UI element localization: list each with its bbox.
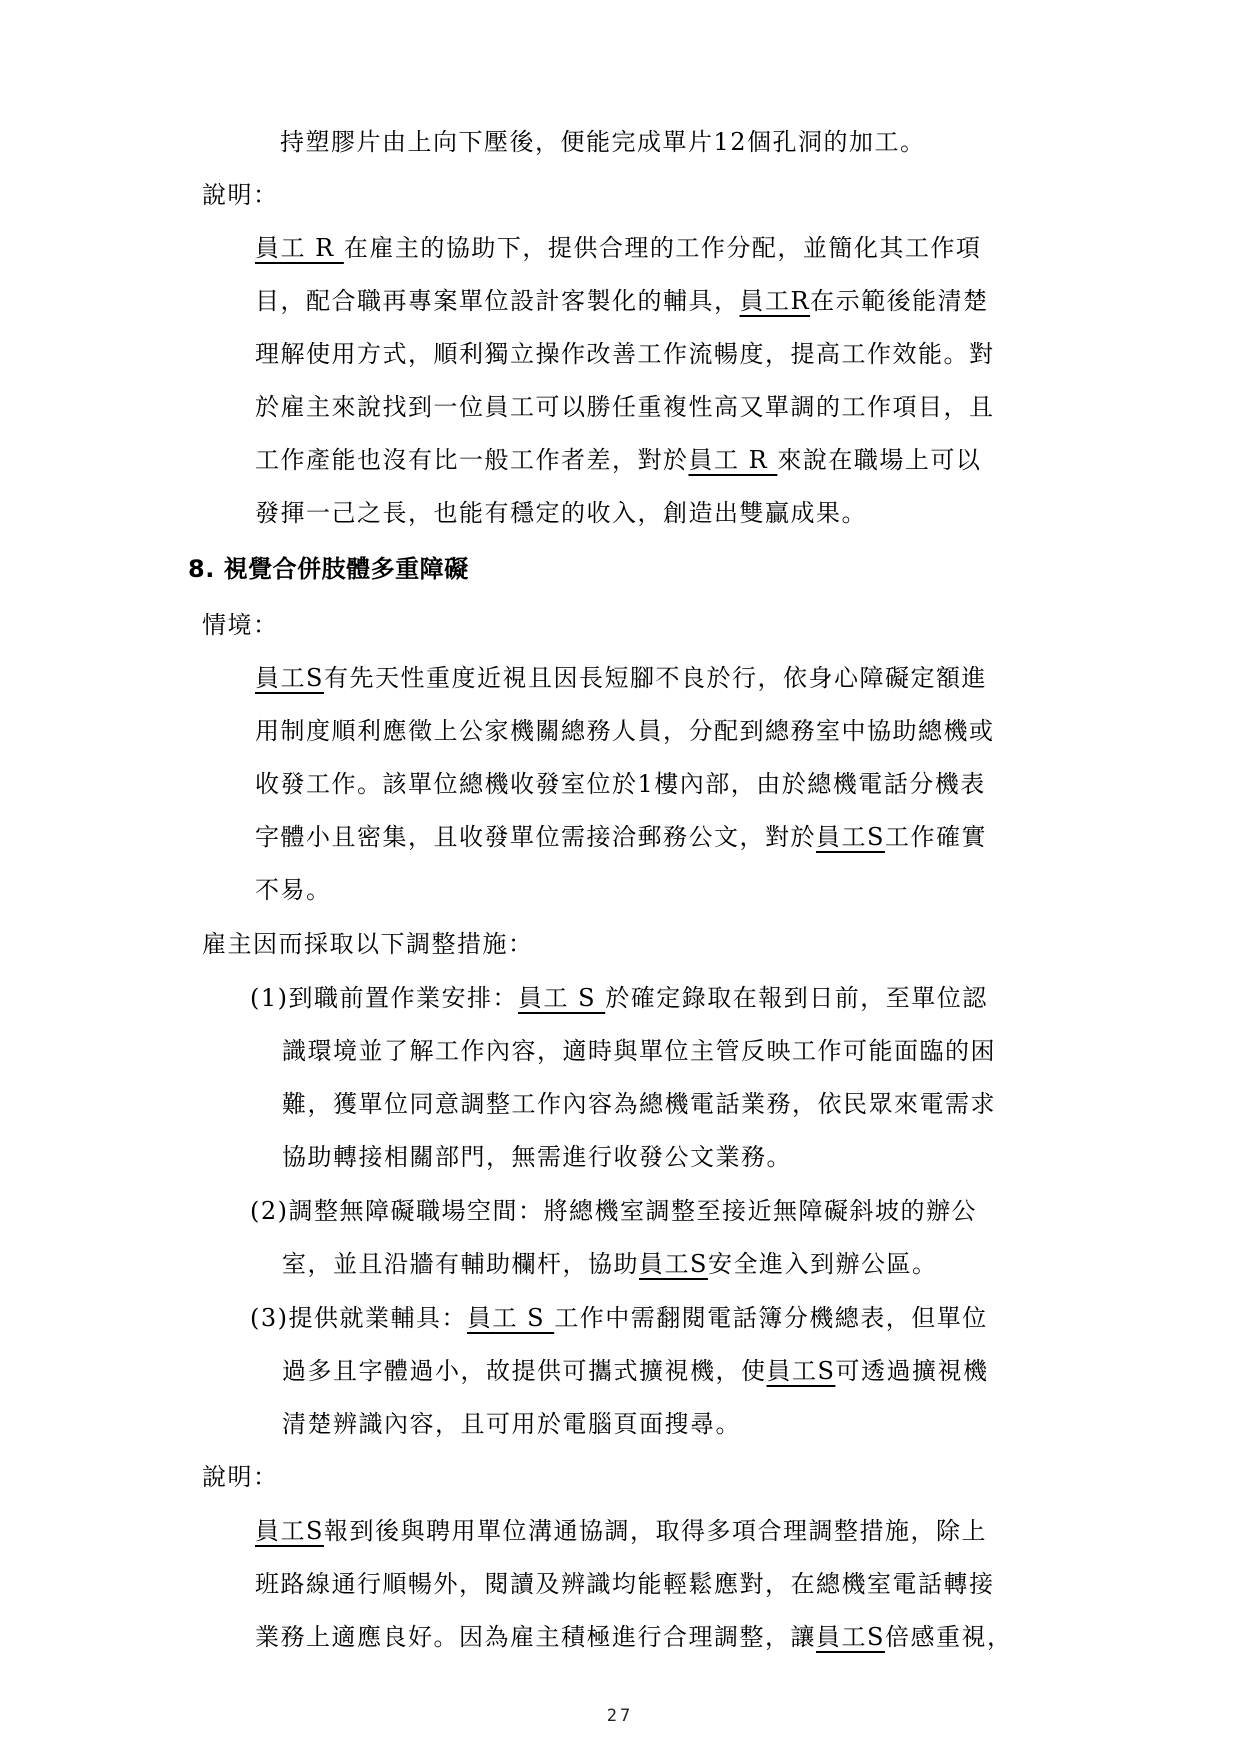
paragraph-line: 清楚辨識內容，且可用於電腦頁面搜尋。 xyxy=(282,1409,741,1439)
paragraph-line: 字體小且密集，且收發單位需接洽郵務公文，對於員工S工作確實 xyxy=(255,822,987,852)
explanation-label: 說明： xyxy=(202,1462,279,1492)
employee-ref: 員工S xyxy=(816,823,885,851)
page-number: 27 xyxy=(0,1706,1240,1726)
paragraph-line: 持塑膠片由上向下壓後，便能完成單片12個孔洞的加工。 xyxy=(280,127,926,157)
line-text: 室，並且沿牆有輔助欄杆，協助 xyxy=(282,1250,639,1278)
line-text: 在雇主的協助下，提供合理的工作分配，並簡化其工作項 xyxy=(344,234,982,262)
section-heading: 8. 視覺合併肢體多重障礙 xyxy=(188,554,469,584)
line-text: 可透過擴視機 xyxy=(835,1357,988,1385)
employee-ref: 員工 S xyxy=(467,1304,554,1332)
paragraph-line: 不易。 xyxy=(255,875,332,905)
situation-label: 情境： xyxy=(202,610,279,640)
line-text: 工作產能也沒有比一般工作者差，對於 xyxy=(255,446,689,474)
paragraph-line: 業務上適應良好。因為雇主積極進行合理調整，讓員工S倍感重視， xyxy=(255,1622,1012,1652)
line-text: 班路線通行順暢外，閱讀及辨識均能輕鬆應對，在總機室電話轉接 xyxy=(255,1570,995,1598)
line-text: 目，配合職再專案單位設計客製化的輔具， xyxy=(255,287,740,315)
line-text: 報到後與聘用單位溝通協調，取得多項合理調整措施，除上 xyxy=(324,1517,987,1545)
paragraph-line: 難，獲單位同意調整工作內容為總機電話業務，依民眾來電需求 xyxy=(282,1089,996,1119)
line-text: 過多且字體過小，故提供可攜式擴視機，使 xyxy=(282,1357,767,1385)
line-text: 協助轉接相關部門，無需進行收發公文業務。 xyxy=(282,1143,792,1171)
line-text: 清楚辨識內容，且可用於電腦頁面搜尋。 xyxy=(282,1410,741,1438)
paragraph-line: 室，並且沿牆有輔助欄杆，協助員工S安全進入到辦公區。 xyxy=(282,1249,937,1279)
line-text: 有先天性重度近視且因長短腳不良於行，依身心障礙定額進 xyxy=(324,664,987,692)
measure-item-2: (2)調整無障礙職場空間：將總機室調整至接近無障礙斜坡的辦公 xyxy=(250,1196,977,1226)
line-text: 來說在職場上可以 xyxy=(777,446,981,474)
paragraph-line: 員工S報到後與聘用單位溝通協調，取得多項合理調整措施，除上 xyxy=(255,1516,987,1546)
line-text: 在示範後能清楚 xyxy=(810,287,989,315)
line-text: (2)調整無障礙職場空間：將總機室調整至接近無障礙斜坡的辦公 xyxy=(250,1197,977,1225)
paragraph-line: 班路線通行順暢外，閱讀及辨識均能輕鬆應對，在總機室電話轉接 xyxy=(255,1569,995,1599)
paragraph-line: 發揮一己之長，也能有穩定的收入，創造出雙贏成果。 xyxy=(255,498,867,528)
paragraph-line: 於雇主來說找到一位員工可以勝任重複性高又單調的工作項目，且 xyxy=(255,392,995,422)
employee-ref: 員工 R xyxy=(255,234,344,262)
line-text: 安全進入到辦公區。 xyxy=(708,1250,938,1278)
line-text: 難，獲單位同意調整工作內容為總機電話業務，依民眾來電需求 xyxy=(282,1090,996,1118)
employee-ref: 員工 S xyxy=(518,984,605,1012)
employee-ref: 員工 R xyxy=(689,446,778,474)
employee-ref: 員工S xyxy=(255,664,324,692)
line-text: 發揮一己之長，也能有穩定的收入，創造出雙贏成果。 xyxy=(255,499,867,527)
employee-ref: 員工S xyxy=(767,1357,836,1385)
line-text: 工作中需翻閱電話簿分機總表，但單位 xyxy=(554,1304,988,1332)
employee-ref: 員工S xyxy=(639,1250,708,1278)
line-text: 理解使用方式，順利獨立操作改善工作流暢度，提高工作效能。對 xyxy=(255,340,995,368)
measures-label: 雇主因而採取以下調整措施： xyxy=(202,929,534,959)
line-text: 字體小且密集，且收發單位需接洽郵務公文，對於 xyxy=(255,823,816,851)
line-text: 持塑膠片由上向下壓後，便能完成單片12個孔洞的加工。 xyxy=(280,128,926,156)
paragraph-line: 過多且字體過小，故提供可攜式擴視機，使員工S可透過擴視機 xyxy=(282,1356,988,1386)
line-text: 收發工作。該單位總機收發室位於1樓內部，由於總機電話分機表 xyxy=(255,770,986,798)
employee-ref: 員工R xyxy=(740,287,811,315)
paragraph-line: 用制度順利應徵上公家機關總務人員，分配到總務室中協助總機或 xyxy=(255,716,995,746)
paragraph-line: 員工 R 在雇主的協助下，提供合理的工作分配，並簡化其工作項 xyxy=(255,233,981,263)
measure-item-3: (3)提供就業輔具：員工 S 工作中需翻閱電話簿分機總表，但單位 xyxy=(250,1303,988,1333)
line-text: 工作確實 xyxy=(885,823,987,851)
paragraph-line: 目，配合職再專案單位設計客製化的輔具，員工R在示範後能清楚 xyxy=(255,286,989,316)
explanation-label: 說明： xyxy=(202,180,279,210)
paragraph-line: 識環境並了解工作內容，適時與單位主管反映工作可能面臨的困 xyxy=(282,1036,996,1066)
line-text: 業務上適應良好。因為雇主積極進行合理調整，讓 xyxy=(255,1623,816,1651)
line-text: 於雇主來說找到一位員工可以勝任重複性高又單調的工作項目，且 xyxy=(255,393,995,421)
employee-ref: 員工S xyxy=(255,1517,324,1545)
line-text: (3)提供就業輔具： xyxy=(250,1304,467,1332)
line-text: 倍感重視， xyxy=(885,1623,1013,1651)
paragraph-line: 協助轉接相關部門，無需進行收發公文業務。 xyxy=(282,1142,792,1172)
line-text: 識環境並了解工作內容，適時與單位主管反映工作可能面臨的困 xyxy=(282,1037,996,1065)
measure-item-1: (1)到職前置作業安排：員工 S 於確定錄取在報到日前，至單位認 xyxy=(250,983,988,1013)
paragraph-line: 工作產能也沒有比一般工作者差，對於員工 R 來說在職場上可以 xyxy=(255,445,981,475)
line-text: 於確定錄取在報到日前，至單位認 xyxy=(605,984,988,1012)
paragraph-line: 收發工作。該單位總機收發室位於1樓內部，由於總機電話分機表 xyxy=(255,769,986,799)
line-text: (1)到職前置作業安排： xyxy=(250,984,518,1012)
paragraph-line: 理解使用方式，順利獨立操作改善工作流暢度，提高工作效能。對 xyxy=(255,339,995,369)
line-text: 不易。 xyxy=(255,876,332,904)
line-text: 用制度順利應徵上公家機關總務人員，分配到總務室中協助總機或 xyxy=(255,717,995,745)
employee-ref: 員工S xyxy=(816,1623,885,1651)
paragraph-line: 員工S有先天性重度近視且因長短腳不良於行，依身心障礙定額進 xyxy=(255,663,987,693)
document-page: 持塑膠片由上向下壓後，便能完成單片12個孔洞的加工。 說明： 員工 R 在雇主的… xyxy=(0,0,1240,1755)
